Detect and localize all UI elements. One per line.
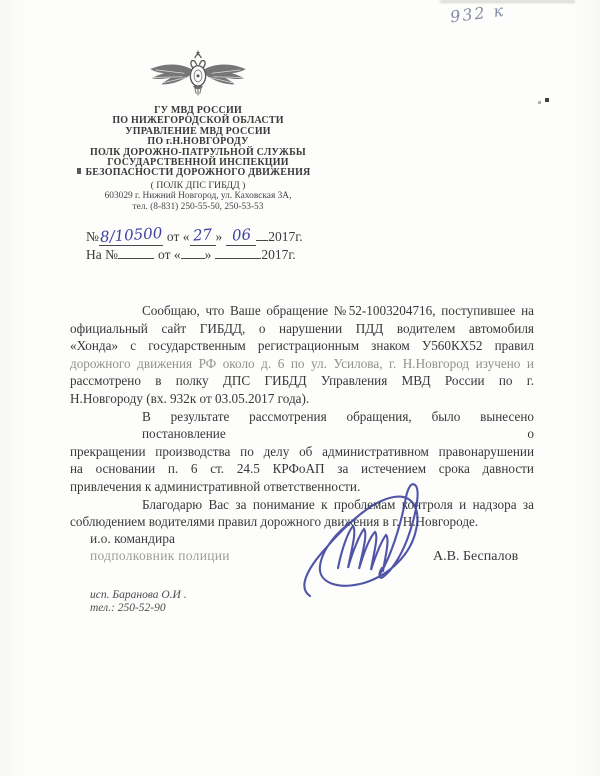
handwritten-outgoing-number: 8/10500: [99, 224, 162, 246]
mvd-emblem-icon: [147, 50, 249, 100]
reply-label: На №: [86, 247, 118, 262]
letterhead-address: 603029 г. Нижний Новгород, ул. Каховская…: [52, 191, 344, 202]
scan-artifact: [545, 98, 549, 102]
handwritten-incoming-number: 932 к: [449, 1, 506, 27]
number-label: №: [86, 229, 99, 244]
reply-from-label: от «: [158, 247, 181, 262]
from-label: от «: [167, 229, 190, 244]
letterhead-org-lines: ГУ МВД РОССИИ ПО НИЖЕГОРОДСКОЙ ОБЛАСТИ У…: [52, 106, 344, 179]
reply-close-quote: »: [205, 247, 212, 262]
body-line: В результате рассмотрения обращения, был…: [70, 408, 534, 443]
signer-position: и.о. командира: [90, 531, 175, 547]
day-field: 27: [190, 227, 216, 246]
letterhead-phone: тел. (8-831) 250-55-50, 250-53-53: [52, 202, 344, 213]
signer-name: А.В. Беспалов: [433, 549, 518, 565]
signer-rank: подполковник полиции: [90, 548, 230, 564]
handwritten-month: 06: [231, 225, 251, 244]
blank-field: [256, 240, 268, 241]
outgoing-number-field: 8/10500: [99, 227, 163, 246]
letterhead-line: БЕЗОПАСНОСТИ ДОРОЖНОГО ДВИЖЕНИЯ: [52, 168, 344, 178]
body-line: официальный сайт ГИБДД, о нарушении ПДД …: [70, 320, 534, 338]
close-quote: »: [216, 229, 223, 244]
document-page: 932 к ГУ МВД РОССИИ ПО НИЖЕГОРОДСКОЙ ОБЛ…: [0, 0, 600, 776]
reply-date-field: [215, 258, 261, 259]
year-label: 2017г.: [268, 229, 302, 244]
body-line: рассмотрено в полку ДПС ГИБДД Управления…: [70, 372, 534, 390]
letterhead: ГУ МВД РОССИИ ПО НИЖЕГОРОДСКОЙ ОБЛАСТИ У…: [52, 46, 344, 213]
reply-day-field: [181, 258, 205, 259]
executor-phone: тел.: 250-52-90: [90, 602, 166, 614]
reference-block: №8/10500от «27»062017г. На №от «»2017г.: [86, 227, 303, 267]
handwritten-day: 27: [192, 225, 212, 244]
reply-year-label: 2017г.: [261, 247, 295, 262]
outgoing-number-line: №8/10500от «27»062017г.: [86, 227, 303, 247]
executor-name: исп. Баранова О.И .: [90, 589, 187, 601]
scan-smudge: [440, 0, 575, 3]
body-line: Сообщаю, что Ваше обращение №52-10032047…: [70, 302, 534, 320]
reply-number-field: [118, 258, 154, 259]
month-field: 06: [226, 227, 256, 246]
reply-number-line: На №от «»2017г.: [86, 247, 303, 267]
scan-artifact: [538, 101, 541, 104]
signature-ink-icon: [292, 470, 452, 610]
body-line: прекращении производства по делу об адми…: [70, 443, 534, 461]
body-line: Н.Новгороду (вх. 932к от 03.05.2017 года…: [70, 390, 534, 408]
body-line: «Хонда» с государственным регистрационны…: [70, 337, 534, 355]
letterhead-org-short: ( ПОЛК ДПС ГИБДД ): [52, 180, 344, 191]
body-line: дорожного движения РФ около д. 6 по ул. …: [70, 355, 534, 373]
